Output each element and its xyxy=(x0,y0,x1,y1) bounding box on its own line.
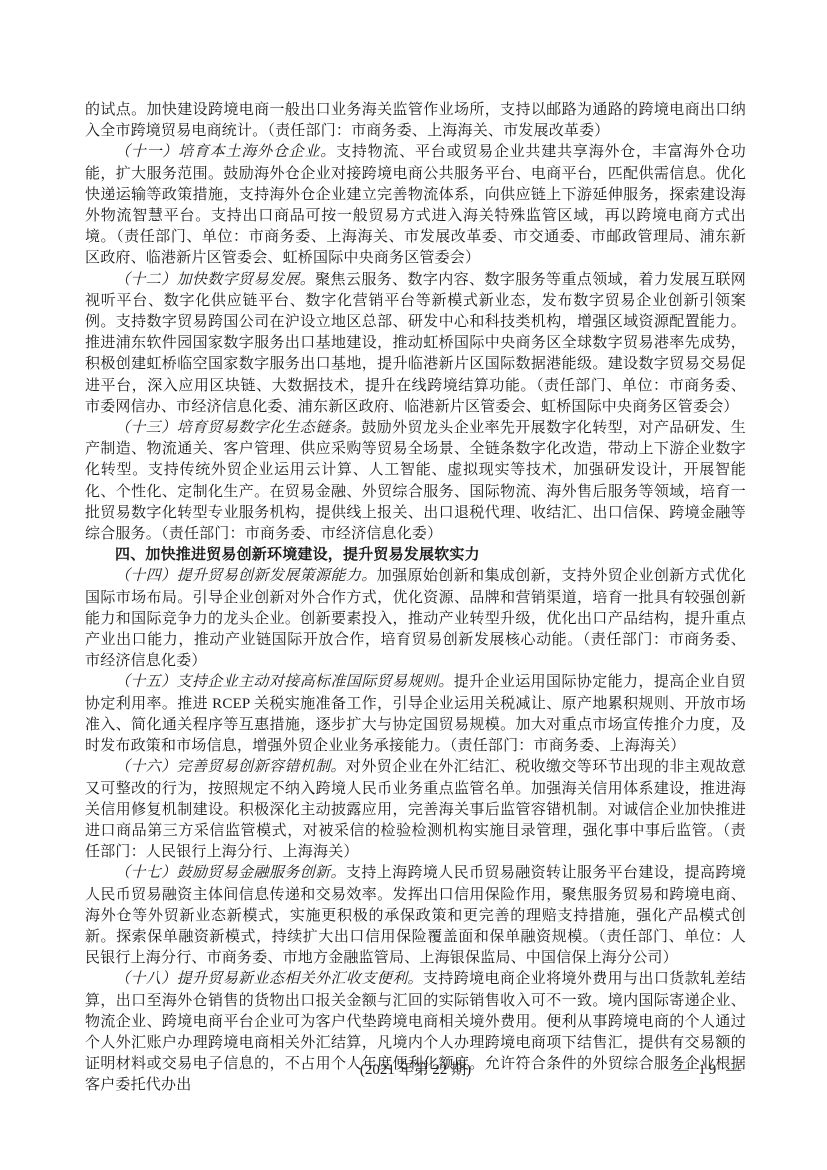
page-number: — 19 — xyxy=(674,1059,745,1081)
paragraph: （十七）鼓励贸易金融服务创新。支持上海跨境人民币贸易融资转让服务平台建设，提高跨… xyxy=(85,863,746,969)
item-lead: （十八）提升贸易新业态相关外汇收支便利。 xyxy=(115,971,423,987)
item-lead: （十三）培育贸易数字化生态链条。 xyxy=(115,420,361,436)
paragraph: （十一）培育本土海外仓企业。支持物流、平台或贸易企业共建共享海外仓，丰富海外仓功… xyxy=(85,142,746,269)
document-body: 的试点。加快建设跨境电商一般出口业务海关监管作业场所，支持以邮路为通路的跨境电商… xyxy=(85,100,746,1097)
item-lead: （十六）完善贸易创新容错机制。 xyxy=(115,759,346,775)
page-footer: (2021 年第 22 期) — 19 — xyxy=(85,1059,746,1081)
issue-label: (2021 年第 22 期) xyxy=(85,1059,746,1081)
item-lead: （十五）支持企业主动对接高标准国际贸易规则。 xyxy=(115,674,454,690)
paragraph: （十二）加快数字贸易发展。聚焦云服务、数字内容、数字服务等重点领域，着力发展互联… xyxy=(85,270,746,418)
item-lead: （十四）提升贸易创新发展策源能力。 xyxy=(115,568,377,584)
paragraph: 的试点。加快建设跨境电商一般出口业务海关监管作业场所，支持以邮路为通路的跨境电商… xyxy=(85,100,746,142)
paragraph: （十三）培育贸易数字化生态链条。鼓励外贸龙头企业率先开展数字化转型，对产品研发、… xyxy=(85,418,746,545)
item-lead: （十一）培育本土海外仓企业。 xyxy=(115,144,336,160)
paragraph: （十五）支持企业主动对接高标准国际贸易规则。提升企业运用国际协定能力，提高企业自… xyxy=(85,672,746,757)
paragraph: （十四）提升贸易创新发展策源能力。加强原始创新和集成创新，支持外贸企业创新方式优… xyxy=(85,566,746,672)
item-lead: （十七）鼓励贸易金融服务创新。 xyxy=(115,865,346,881)
section-heading: 四、加快推进贸易创新环境建设，提升贸易发展软实力 xyxy=(85,545,746,566)
item-lead: （十二）加快数字贸易发展。 xyxy=(115,272,315,288)
paragraph: （十六）完善贸易创新容错机制。对外贸企业在外汇结汇、税收缴交等环节出现的非主观故… xyxy=(85,757,746,863)
document-page: 的试点。加快建设跨境电商一般出口业务海关监管作业场所，支持以邮路为通路的跨境电商… xyxy=(0,0,827,1170)
